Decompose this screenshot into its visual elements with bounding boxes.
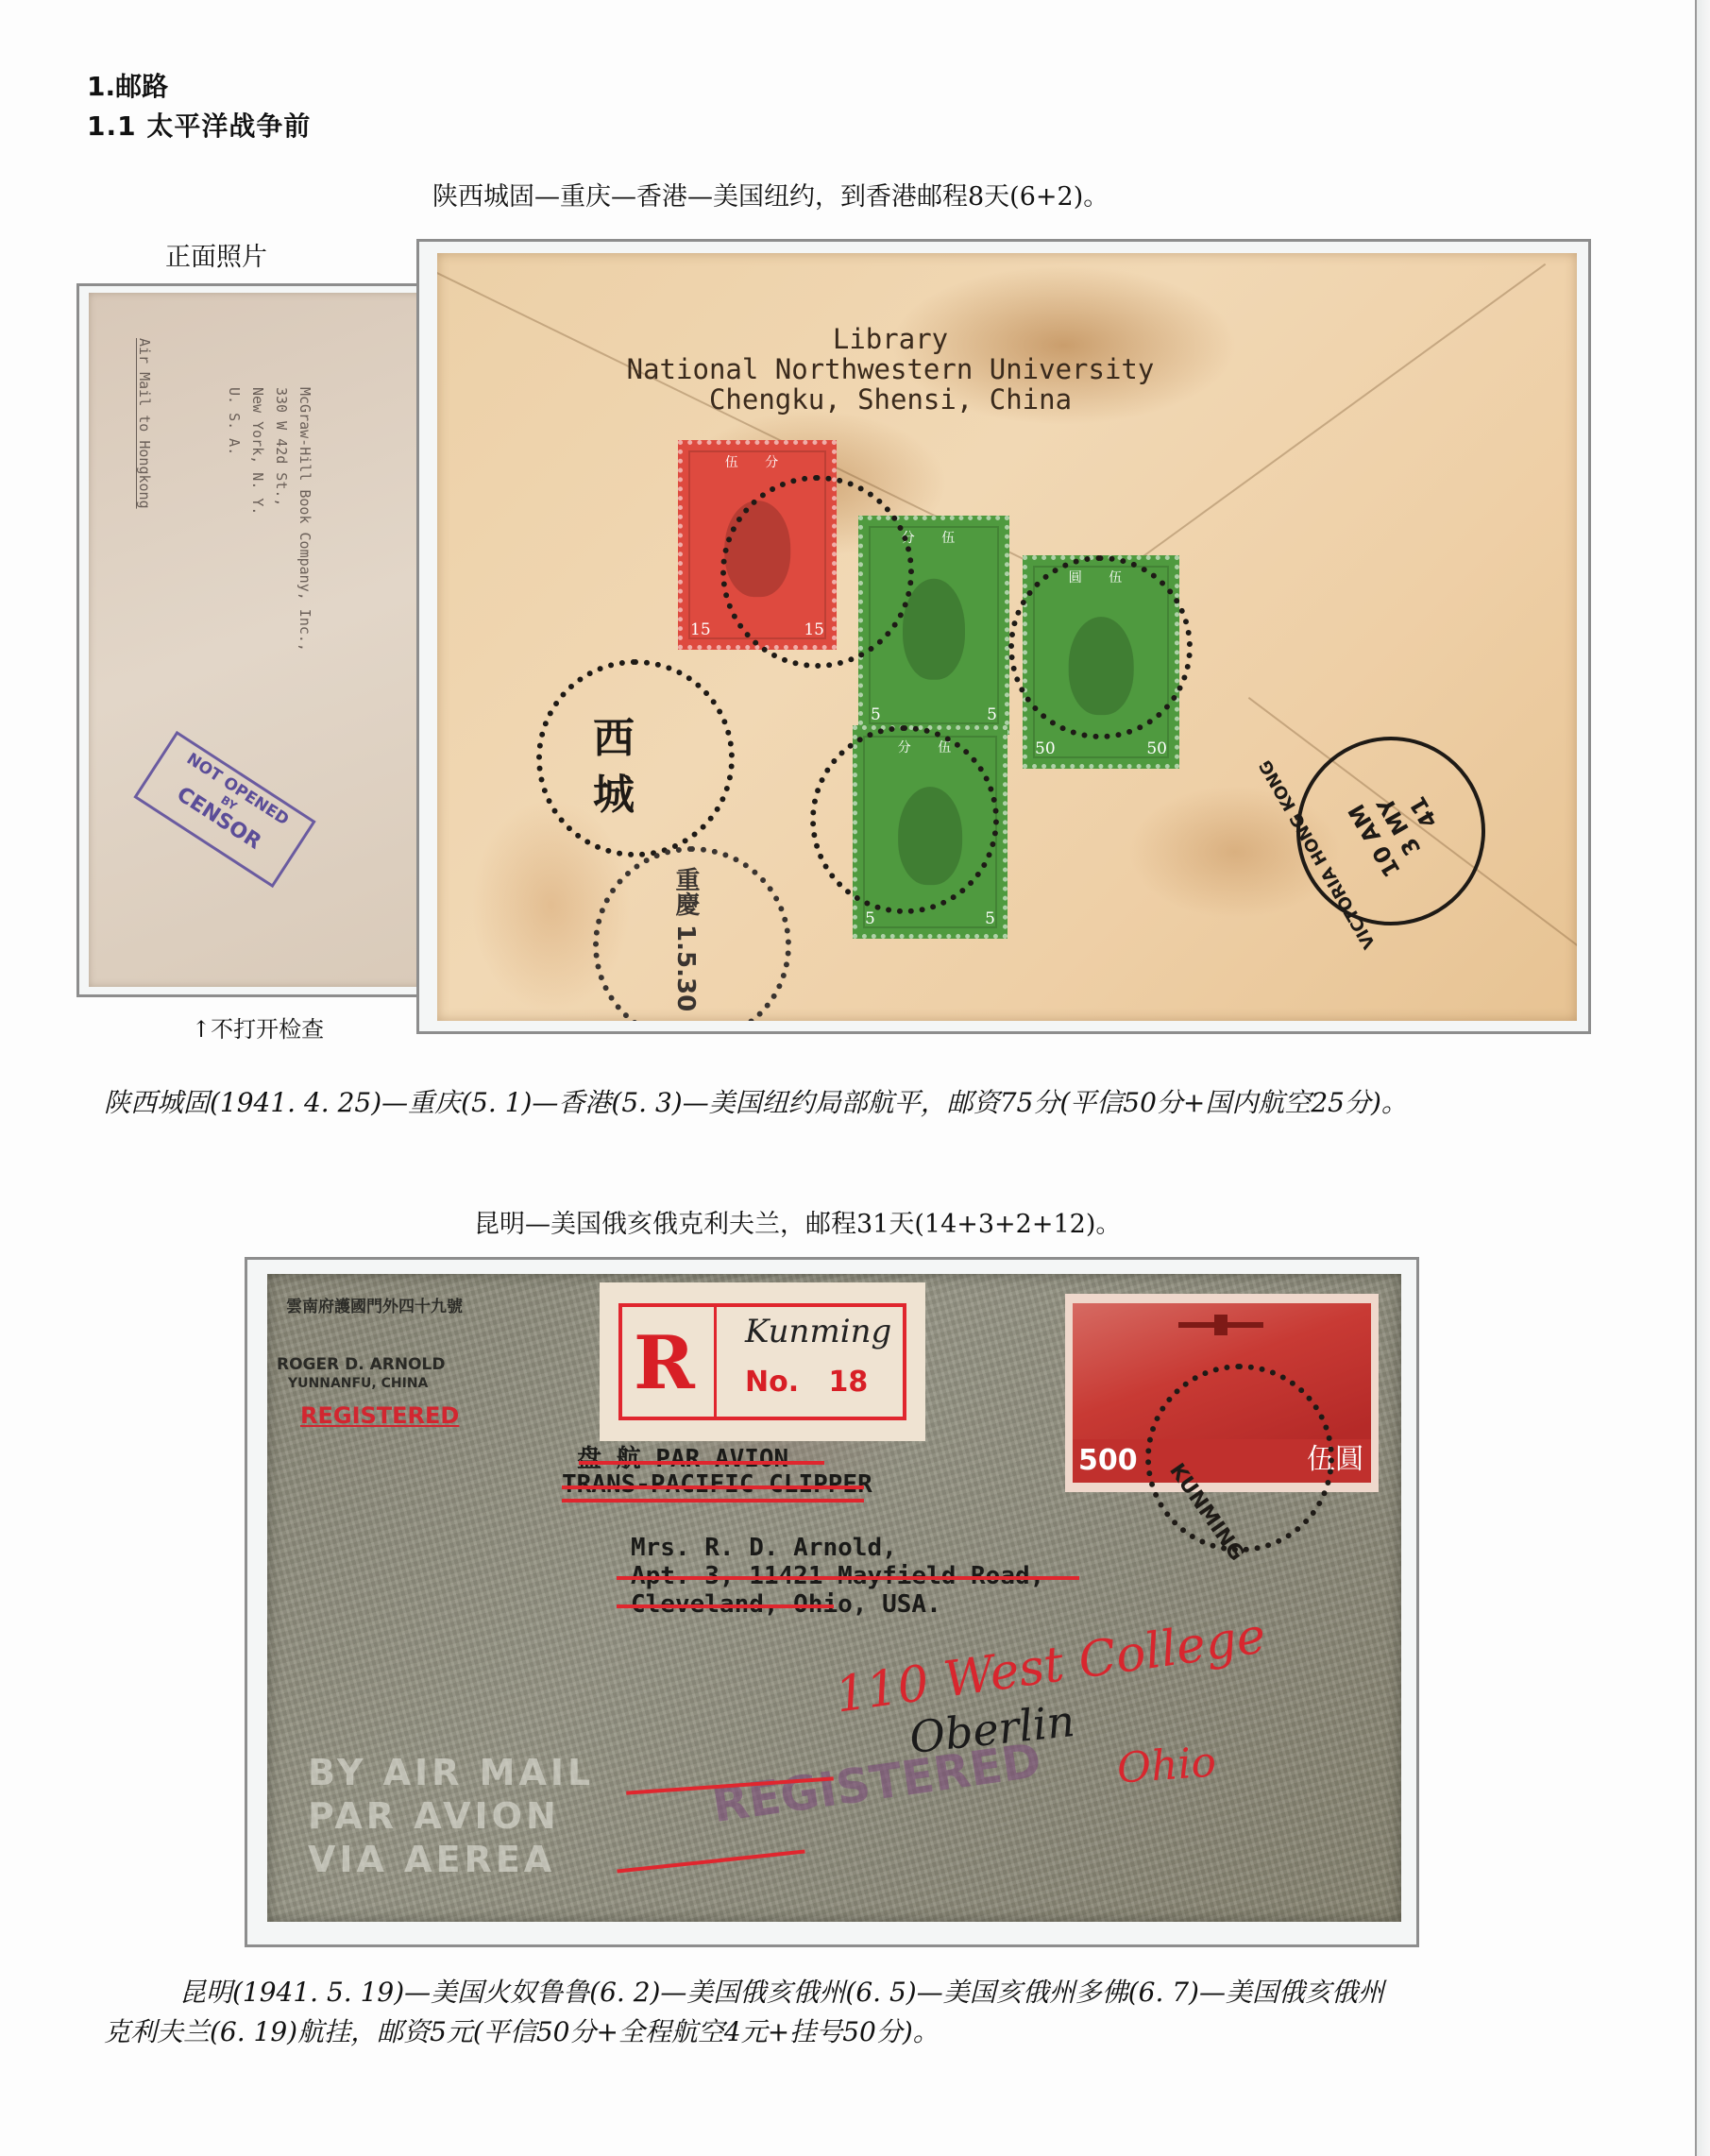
front-address-line-2: 330 W 42d St., — [273, 387, 290, 506]
chenggu-postmark — [1008, 555, 1193, 739]
front-address-line-3: New York, N. Y. — [249, 387, 266, 515]
front-address-line-4: U. S. A. — [226, 387, 243, 455]
route-mark-clipper: TRANS-PACIFIC CLIPPER — [562, 1470, 872, 1499]
exhibit2-description-line-1: 昆明(1941. 5. 19)—美国火奴鲁鲁(6. 2)—美国俄亥俄州(6. 5… — [179, 1972, 1384, 2010]
cover1-front-photo: Air Mail to Hongkong McGraw-Hill Book Co… — [89, 293, 432, 987]
exhibit2-route-caption: 昆明—美国俄亥俄克利夫兰，邮程31天(14+3+2+12)。 — [474, 1203, 1121, 1240]
front-side-note: Air Mail to Hongkong — [136, 338, 153, 509]
exhibit2-description-line-2: 克利夫兰(6. 19)航挂，邮资5元(平信50分+全程航空4元+挂号50分)。 — [104, 2012, 940, 2049]
page-edge-line — [1695, 0, 1697, 2156]
strike-line — [562, 1499, 864, 1502]
strike-line — [562, 1485, 864, 1489]
subsection-title: 1.1 太平洋战争前 — [87, 106, 311, 144]
sender-line-3: Chengku, Shensi, China — [437, 383, 1344, 416]
chenggu-postmark — [720, 475, 914, 669]
route-mark-par-avion: 盘 航 PAR AVION — [577, 1439, 788, 1474]
registration-letter: R — [634, 1320, 695, 1406]
censor-stamp: NOT OPENED BY CENSOR — [133, 731, 315, 888]
front-photo-note: ↑不打开检查 — [192, 1010, 324, 1044]
strike-line — [617, 1576, 1079, 1580]
envelope-flap-line — [1117, 263, 1546, 576]
registration-number: No. 18 — [745, 1366, 868, 1399]
registered-mark: REGISTERED — [300, 1402, 459, 1429]
strike-line — [617, 1604, 834, 1608]
page-edge-strip — [1697, 0, 1710, 2156]
chenggu-postmark — [810, 725, 999, 914]
sender-line-2: National Northwestern University — [437, 353, 1344, 385]
section-title: 1.邮路 — [87, 66, 168, 104]
chongqing-postmark-text: 重慶 1.5.30 — [669, 867, 703, 1011]
exhibit1-description: 陕西城固(1941. 4. 25)—重庆(5. 1)—香港(5. 3)—美国纽约… — [104, 1082, 1408, 1120]
sender-city: YUNNANFU, CHINA — [288, 1376, 428, 1391]
postmark-chars: 西 城 — [579, 716, 639, 813]
registration-label: R Kunming No. 18 — [600, 1282, 925, 1441]
strike-line — [617, 1850, 804, 1874]
forwarding-line-3: Ohio — [1115, 1738, 1217, 1792]
sender-line-1: Library — [437, 323, 1344, 355]
cover2-front: 雲南府護國門外四十九號 ROGER D. ARNOLD YUNNANFU, CH… — [267, 1274, 1401, 1922]
sender-name: ROGER D. ARNOLD — [277, 1355, 445, 1374]
front-address-line-1: McGraw-Hill Book Company, Inc., — [296, 387, 313, 652]
sender-chinese: 雲南府護國門外四十九號 — [286, 1293, 463, 1316]
address-line-1: Mrs. R. D. Arnold, — [631, 1534, 897, 1562]
front-photo-label: 正面照片 — [165, 236, 267, 273]
kunming-postmark — [1145, 1364, 1334, 1553]
exhibit1-route-caption: 陕西城固—重庆—香港—美国纽约，到香港邮程8天(6+2)。 — [432, 176, 1109, 212]
hong-kong-postmark: VICTORIA HONG KONG 10 AM 3 MY 41 — [1261, 702, 1519, 959]
airmail-etiquette: BY AIR MAIL PAR AVION VIA AEREA — [308, 1751, 594, 1881]
cover1-back: Library National Northwestern University… — [437, 253, 1577, 1021]
strike-line — [579, 1461, 824, 1465]
airplane-icon — [1178, 1322, 1263, 1328]
registration-city: Kunming — [745, 1313, 891, 1350]
